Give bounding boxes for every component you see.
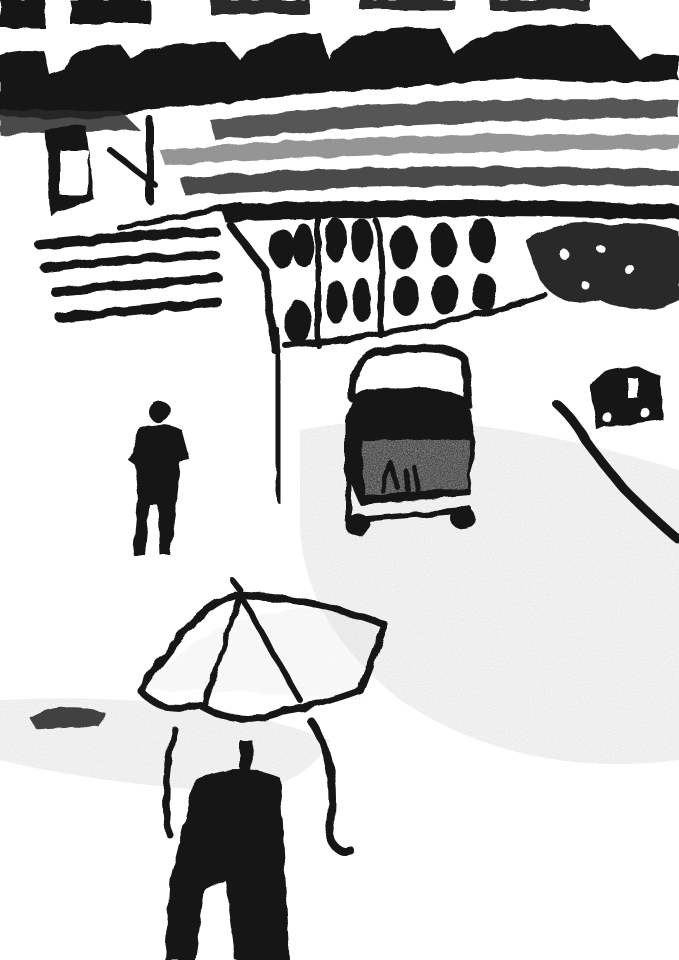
car-right [590, 368, 663, 428]
lamp-post [276, 330, 280, 500]
ink-painting [0, 0, 679, 960]
